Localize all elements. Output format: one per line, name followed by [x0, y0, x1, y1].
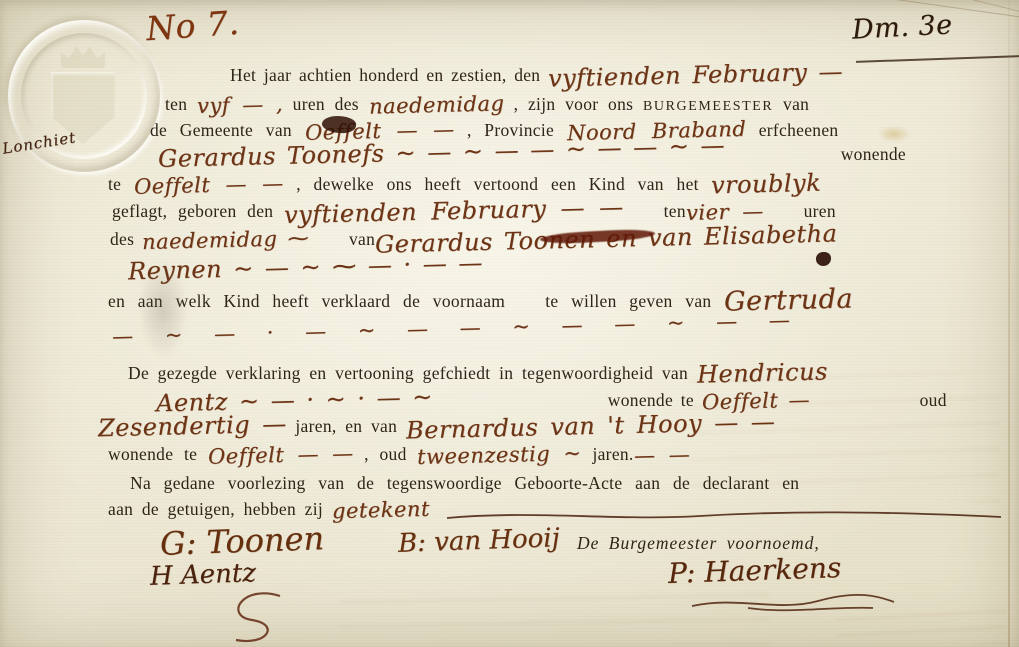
signature-haerkens: P: Haerkens [667, 551, 841, 590]
ink-bleedthrough [836, 606, 1006, 644]
document-line: — ~ — · — ~ — — ~ — — ~ — — [112, 314, 801, 341]
signature-toonen: G: Toonen [159, 519, 324, 563]
printed-text: erfcheenen [746, 120, 838, 140]
printed-text: , oud [353, 444, 417, 464]
printed-text: de Gemeente van [150, 120, 305, 140]
handwritten-text: Zesendertig — [98, 411, 287, 442]
printed-text: jaren. [582, 444, 634, 464]
ink-bleedthrough [340, 594, 770, 644]
handwritten-text: Oeffelt — — [134, 170, 284, 200]
signature-aentz: H Aentz [150, 558, 257, 592]
handwritten-text: vyftienden February — [548, 58, 843, 91]
handwritten-text: vyftienden February — — [284, 194, 624, 228]
printed-text: , zijn voor ons [504, 94, 643, 114]
ink-bleedthrough [690, 372, 1000, 502]
handwritten-text: vroublyk [711, 170, 822, 199]
ink-flourish-line [445, 508, 1005, 524]
printed-text: De gezegde verklaring en vertooning gefc… [128, 363, 697, 383]
printed-text: geflagt, geboren den [112, 201, 284, 221]
handwritten-text: Gerardus Toonefs ~ — ~ — — ~ — — ~ — [158, 132, 725, 172]
document-line: Het jaar achtien honderd en zestien, den… [230, 62, 843, 88]
printed-text: te [108, 174, 134, 194]
printed-text: uren [804, 201, 836, 221]
document-line: geflagt, geboren den vyftienden February… [112, 198, 836, 225]
document-page: { "header": { "act_number": "No 7.", "fo… [0, 0, 1019, 647]
printed-text: ten [664, 201, 686, 221]
document-line: te Oeffelt — — , dewelke ons heeft verto… [108, 171, 822, 198]
printed-text: , dewelke ons heeft vertoond een Kind va… [284, 174, 712, 194]
printed-text: jaren, en van [287, 416, 406, 436]
document-line: Zesendertig — jaren, en van Bernardus va… [98, 413, 775, 439]
handwritten-text: Oeffelt — — [208, 440, 354, 470]
handwritten-text: — — [633, 441, 690, 468]
burgemeester-title: De Burgemeester voornoemd, [577, 533, 820, 554]
printed-text: wonende te [108, 444, 208, 464]
printed-text: aan de getuigen, hebben zij [108, 499, 332, 519]
printed-text: ten [165, 94, 197, 114]
handwritten-text: naedemidag ⁓ [142, 225, 310, 255]
paper-stain [138, 260, 188, 358]
aentz-flourish-icon [222, 590, 302, 647]
handwritten-text: getekent [331, 496, 429, 524]
document-line: Gerardus Toonefs ~ — ~ — — ~ — — ~ —wone… [158, 139, 906, 167]
paper-stain [878, 126, 910, 142]
printed-text: des [110, 229, 142, 249]
printed-text: wonende [841, 141, 906, 167]
handwritten-text: naedemidag [368, 90, 504, 119]
handwritten-text: vyf — , [197, 91, 284, 119]
handwritten-text: tweenzestig ~ [417, 440, 582, 470]
printed-text: te willen geven van [545, 291, 724, 311]
printed-text: BURGEMEESTER [643, 99, 773, 114]
printed-text: uren des [283, 94, 369, 114]
signature-van-hooij: B: van Hooij [398, 523, 561, 559]
document-line: aan de getuigen, hebben zij getekent [108, 496, 430, 523]
printed-text: Het jaar achtien honderd en zestien, den [230, 65, 548, 85]
printed-text: van [773, 94, 809, 114]
paper-crease [1008, 0, 1010, 647]
printed-text: wonende te [608, 390, 702, 410]
printed-text: van [349, 229, 375, 249]
document-line: wonende te Oeffelt — — , oud tweenzestig… [108, 441, 690, 468]
